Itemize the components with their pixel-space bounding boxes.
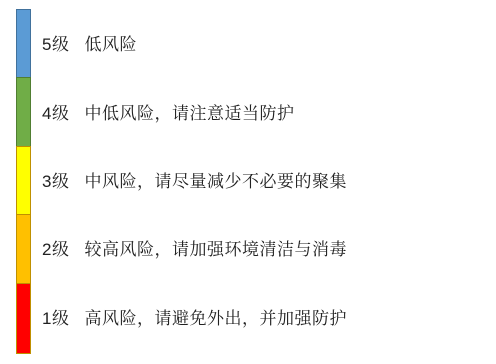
legend-row: 3级 中风险，请尽量减少不必要的聚集 [16,147,486,216]
legend-row-label: 1级 高风险，请避免外出，并加强防护 [42,310,347,327]
risk-description: 较高风险，请加强环境清洁与消毒 [84,241,347,258]
risk-level-label: 5级 [42,36,69,53]
risk-color-swatch [16,9,31,80]
risk-color-swatch [16,214,31,285]
legend-row-label: 2级 较高风险，请加强环境清洁与消毒 [42,241,347,258]
risk-color-swatch [16,146,31,217]
legend-row: 4级 中低风险，请注意适当防护 [16,78,486,147]
risk-level-label: 1级 [42,310,69,327]
legend-row-label: 3级 中风险，请尽量减少不必要的聚集 [42,173,347,190]
risk-color-swatch [16,283,31,354]
risk-level-label: 4级 [42,105,69,122]
risk-description: 中低风险，请注意适当防护 [84,105,294,122]
legend-row: 2级 较高风险，请加强环境清洁与消毒 [16,215,486,284]
risk-legend: 5级 低风险 4级 中低风险，请注意适当防护 3级 中风险，请尽量减少不必要的聚… [16,10,486,353]
legend-row: 5级 低风险 [16,10,486,79]
legend-row-label: 5级 低风险 [42,36,137,53]
risk-color-swatch [16,77,31,148]
risk-description: 低风险 [84,36,137,53]
risk-level-label: 3级 [42,173,69,190]
risk-description: 高风险，请避免外出，并加强防护 [84,310,347,327]
risk-description: 中风险，请尽量减少不必要的聚集 [84,173,347,190]
legend-row-label: 4级 中低风险，请注意适当防护 [42,105,294,122]
risk-level-legend-chart: 5级 低风险 4级 中低风险，请注意适当防护 3级 中风险，请尽量减少不必要的聚… [0,0,496,364]
risk-level-label: 2级 [42,241,69,258]
legend-row: 1级 高风险，请避免外出，并加强防护 [16,284,486,353]
